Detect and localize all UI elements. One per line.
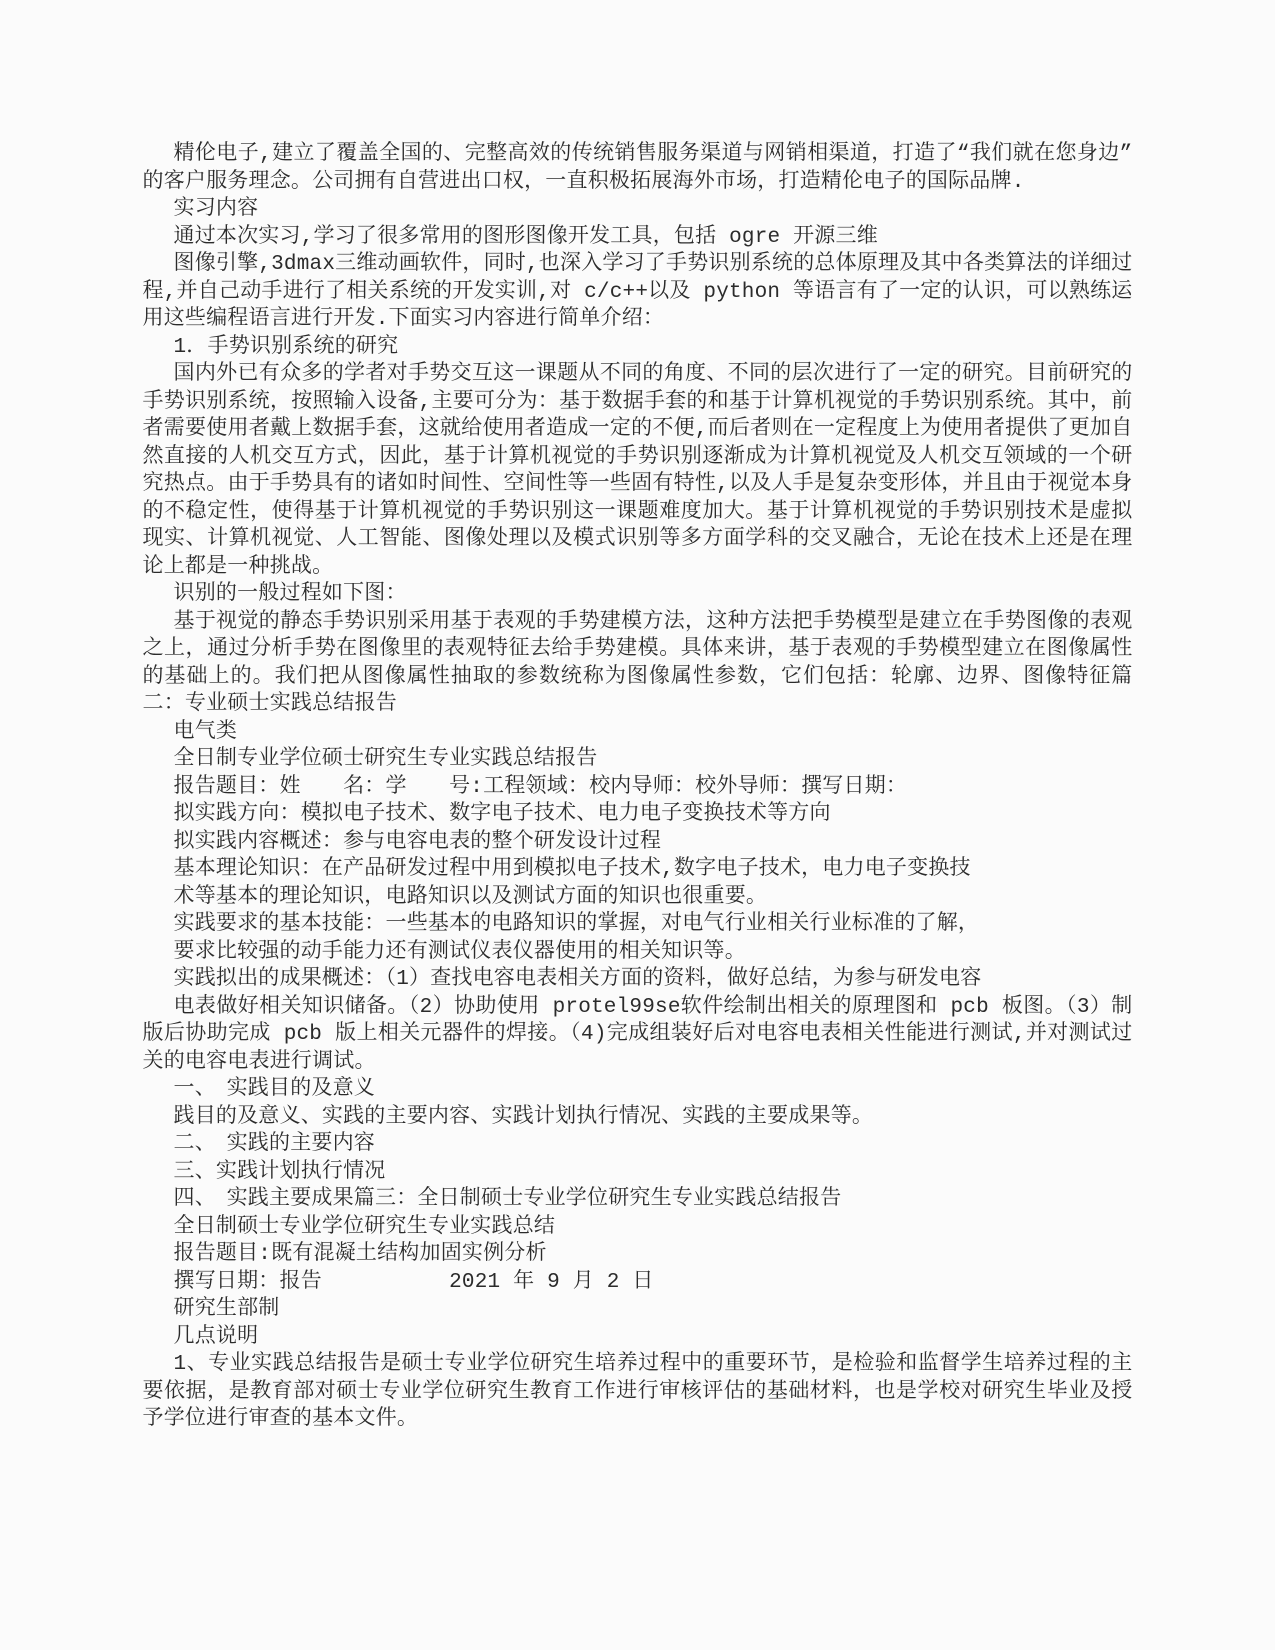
paragraph-report-fields: 报告题目：姓 名：学 号:工程领域：校内导师：校外导师：撰写日期：	[143, 774, 1133, 802]
paragraph: 基于视觉的静态手势识别采用基于表观的手势建模方法，这种方法把手势模型是建立在手势…	[143, 609, 1133, 719]
paragraph-report-topic: 报告题目:既有混凝土结构加固实例分析	[143, 1241, 1133, 1269]
paragraph: 图像引擎,3dmax三维动画软件，同时,也深入学习了手势识别系统的总体原理及其中…	[143, 251, 1133, 334]
paragraph-report-date: 撰写日期：报告 2021 年 9 月 2 日	[143, 1269, 1133, 1297]
paragraph: 拟实践方向：模拟电子技术、数字电子技术、电力电子变换技术等方向	[143, 801, 1133, 829]
paragraph: 践目的及意义、实践的主要内容、实践计划执行情况、实践的主要成果等。	[143, 1104, 1133, 1132]
paragraph: 电表做好相关知识储备。（2）协助使用 protel99se软件绘制出相关的原理图…	[143, 994, 1133, 1077]
paragraph-list-item: 1．手势识别系统的研究	[143, 334, 1133, 362]
document-page: 精伦电子,建立了覆盖全国的、完整高效的传统销售服务渠道与网销相渠道，打造了“我们…	[143, 0, 1133, 1494]
paragraph: 术等基本的理论知识，电路知识以及测试方面的知识也很重要。	[143, 884, 1133, 912]
paragraph-notes-heading: 几点说明	[143, 1324, 1133, 1352]
page-background: { "page": { "background_color": "#fbfbfb…	[0, 0, 1275, 1650]
paragraph-section-heading: 实习内容	[143, 196, 1133, 224]
paragraph-note-item-1: 1、专业实践总结报告是硕士专业学位研究生培养过程中的重要环节，是检验和监督学生培…	[143, 1351, 1133, 1434]
paragraph-outline-item-1: 一、 实践目的及意义	[143, 1076, 1133, 1104]
paragraph: 研究生部制	[143, 1296, 1133, 1324]
paragraph: 实践要求的基本技能：一些基本的电路知识的掌握，对电气行业相关行业标准的了解，	[143, 911, 1133, 939]
paragraph: 识别的一般过程如下图：	[143, 581, 1133, 609]
paragraph: 要求比较强的动手能力还有测试仪表仪器使用的相关知识等。	[143, 939, 1133, 967]
paragraph-report-title: 全日制专业学位硕士研究生专业实践总结报告	[143, 746, 1133, 774]
paragraph-report-title: 全日制硕士专业学位研究生专业实践总结	[143, 1214, 1133, 1242]
paragraph: 通过本次实习,学习了很多常用的图形图像开发工具，包括 ogre 开源三维	[143, 224, 1133, 252]
paragraph-company-intro: 精伦电子,建立了覆盖全国的、完整高效的传统销售服务渠道与网销相渠道，打造了“我们…	[143, 141, 1133, 196]
paragraph: 国内外已有众多的学者对手势交互这一课题从不同的角度、不同的层次进行了一定的研究。…	[143, 361, 1133, 581]
paragraph: 实践拟出的成果概述：（1）查找电容电表相关方面的资料，做好总结，为参与研发电容	[143, 966, 1133, 994]
paragraph-outline-item-2: 二、 实践的主要内容	[143, 1131, 1133, 1159]
paragraph: 拟实践内容概述：参与电容电表的整个研发设计过程	[143, 829, 1133, 857]
paragraph-outline-item-4: 四、 实践主要成果篇三：全日制硕士专业学位研究生专业实践总结报告	[143, 1186, 1133, 1214]
paragraph: 基本理论知识：在产品研发过程中用到模拟电子技术,数字电子技术，电力电子变换技	[143, 856, 1133, 884]
paragraph-category: 电气类	[143, 719, 1133, 747]
paragraph-outline-item-3: 三、实践计划执行情况	[143, 1159, 1133, 1187]
